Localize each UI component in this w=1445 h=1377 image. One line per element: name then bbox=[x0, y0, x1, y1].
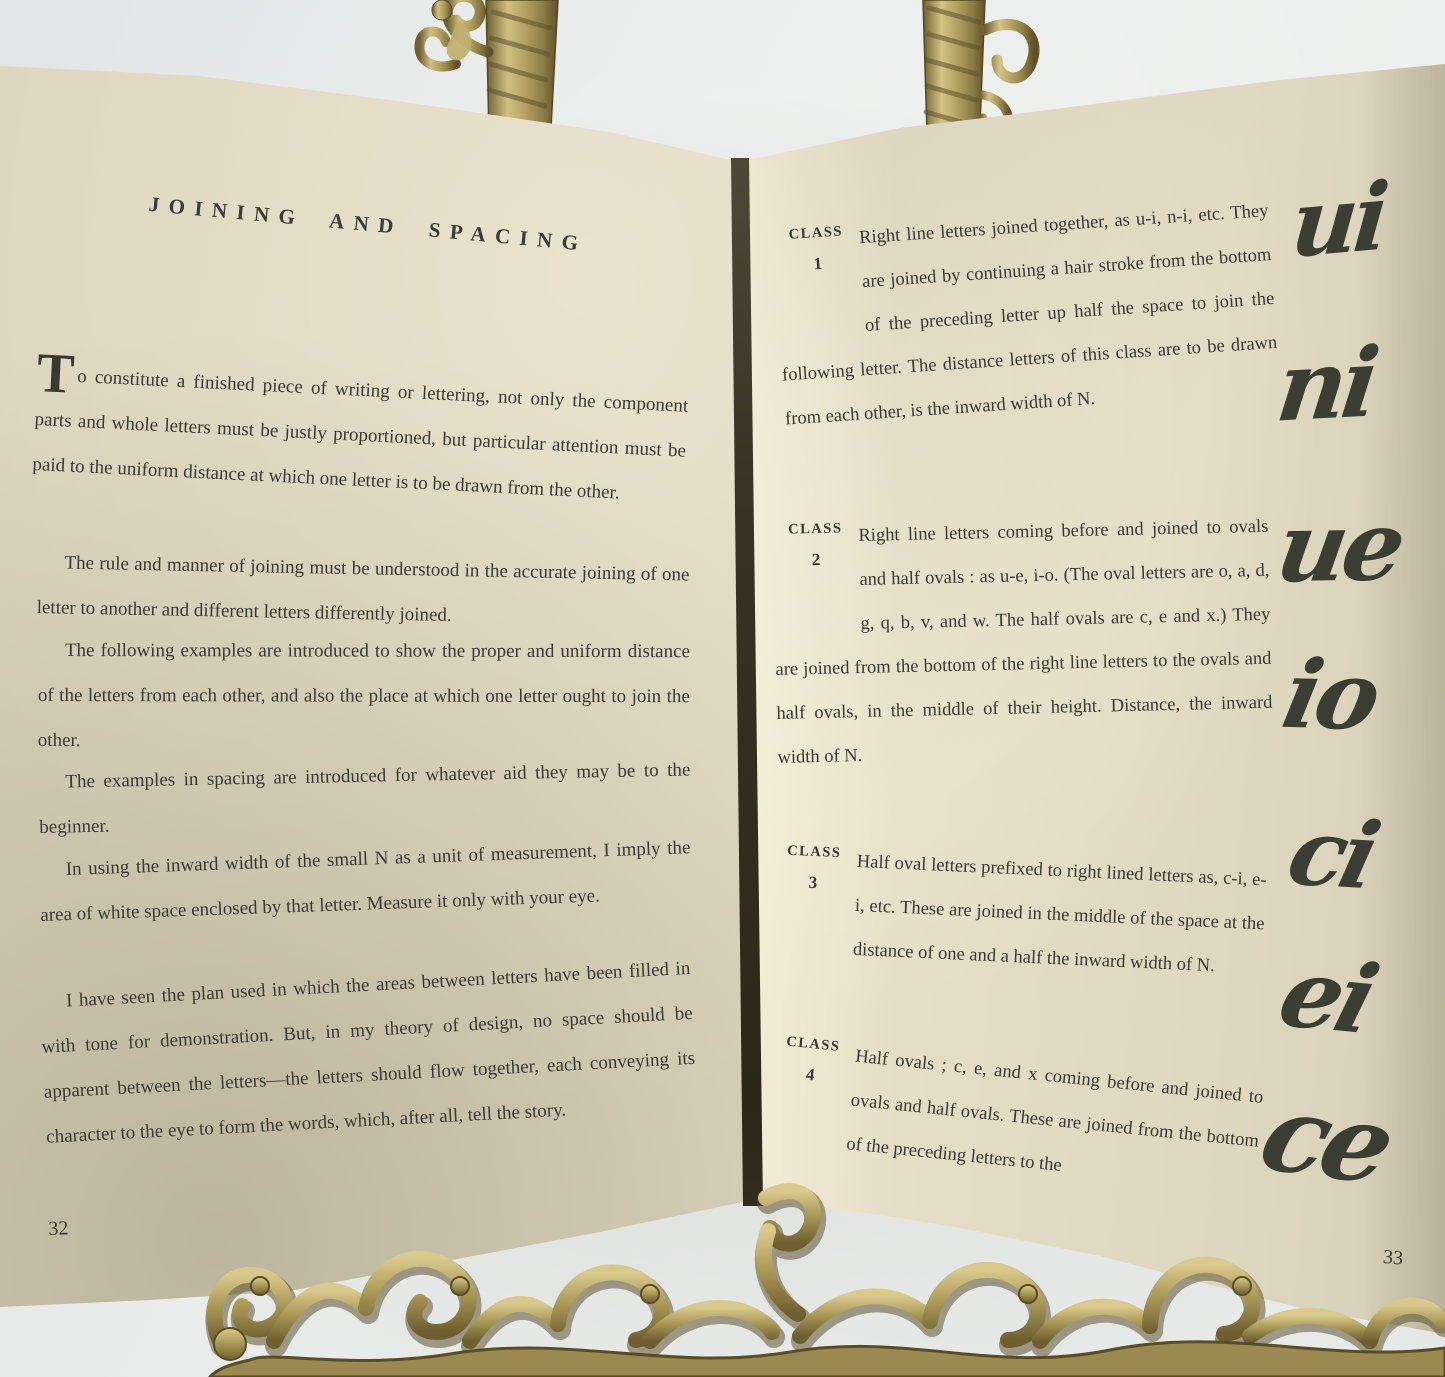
left-paragraph-2: The rule and manner of joining must be u… bbox=[36, 540, 690, 643]
class-number: 1 bbox=[774, 251, 861, 277]
script-sample-ui: ui bbox=[1288, 170, 1388, 271]
class-number: 3 bbox=[770, 871, 857, 895]
class-word: CLASS bbox=[772, 216, 859, 245]
book-photo-scene: JOINING AND SPACING To constitute a fini… bbox=[0, 0, 1445, 1377]
script-sample-ue: ue bbox=[1271, 498, 1408, 596]
easel-right-scroll bbox=[985, 24, 1034, 78]
class-4-label: CLASS 4 bbox=[763, 1026, 858, 1124]
class-number: 4 bbox=[766, 1061, 854, 1090]
page-number-left: 32 bbox=[48, 1217, 69, 1241]
class-1-label: CLASS 1 bbox=[772, 216, 864, 312]
class-3-label: CLASS 3 bbox=[768, 836, 858, 930]
class-word: CLASS bbox=[772, 514, 858, 539]
class-2-label: CLASS 2 bbox=[772, 514, 860, 606]
script-sample-io: io bbox=[1276, 648, 1384, 744]
class-word: CLASS bbox=[771, 836, 858, 863]
class-block-2: CLASS 2 Right line letters coming before… bbox=[772, 505, 1274, 780]
easel-base bbox=[150, 1136, 1445, 1377]
left-paragraph-6: I have seen the plan used in which the a… bbox=[38, 946, 699, 1160]
class-block-3: CLASS 3 Half oval letters prefixed to ri… bbox=[766, 836, 1267, 990]
easel-base-bottom-mass bbox=[210, 1342, 1445, 1377]
script-sample-ni: ni bbox=[1272, 335, 1379, 436]
easel-left-knob bbox=[432, 0, 452, 20]
class-number: 2 bbox=[773, 549, 859, 571]
left-paragraph-3: The following examples are introduced to… bbox=[38, 628, 690, 764]
class-block-1: CLASS 1 Right line letters joined togeth… bbox=[772, 189, 1281, 441]
